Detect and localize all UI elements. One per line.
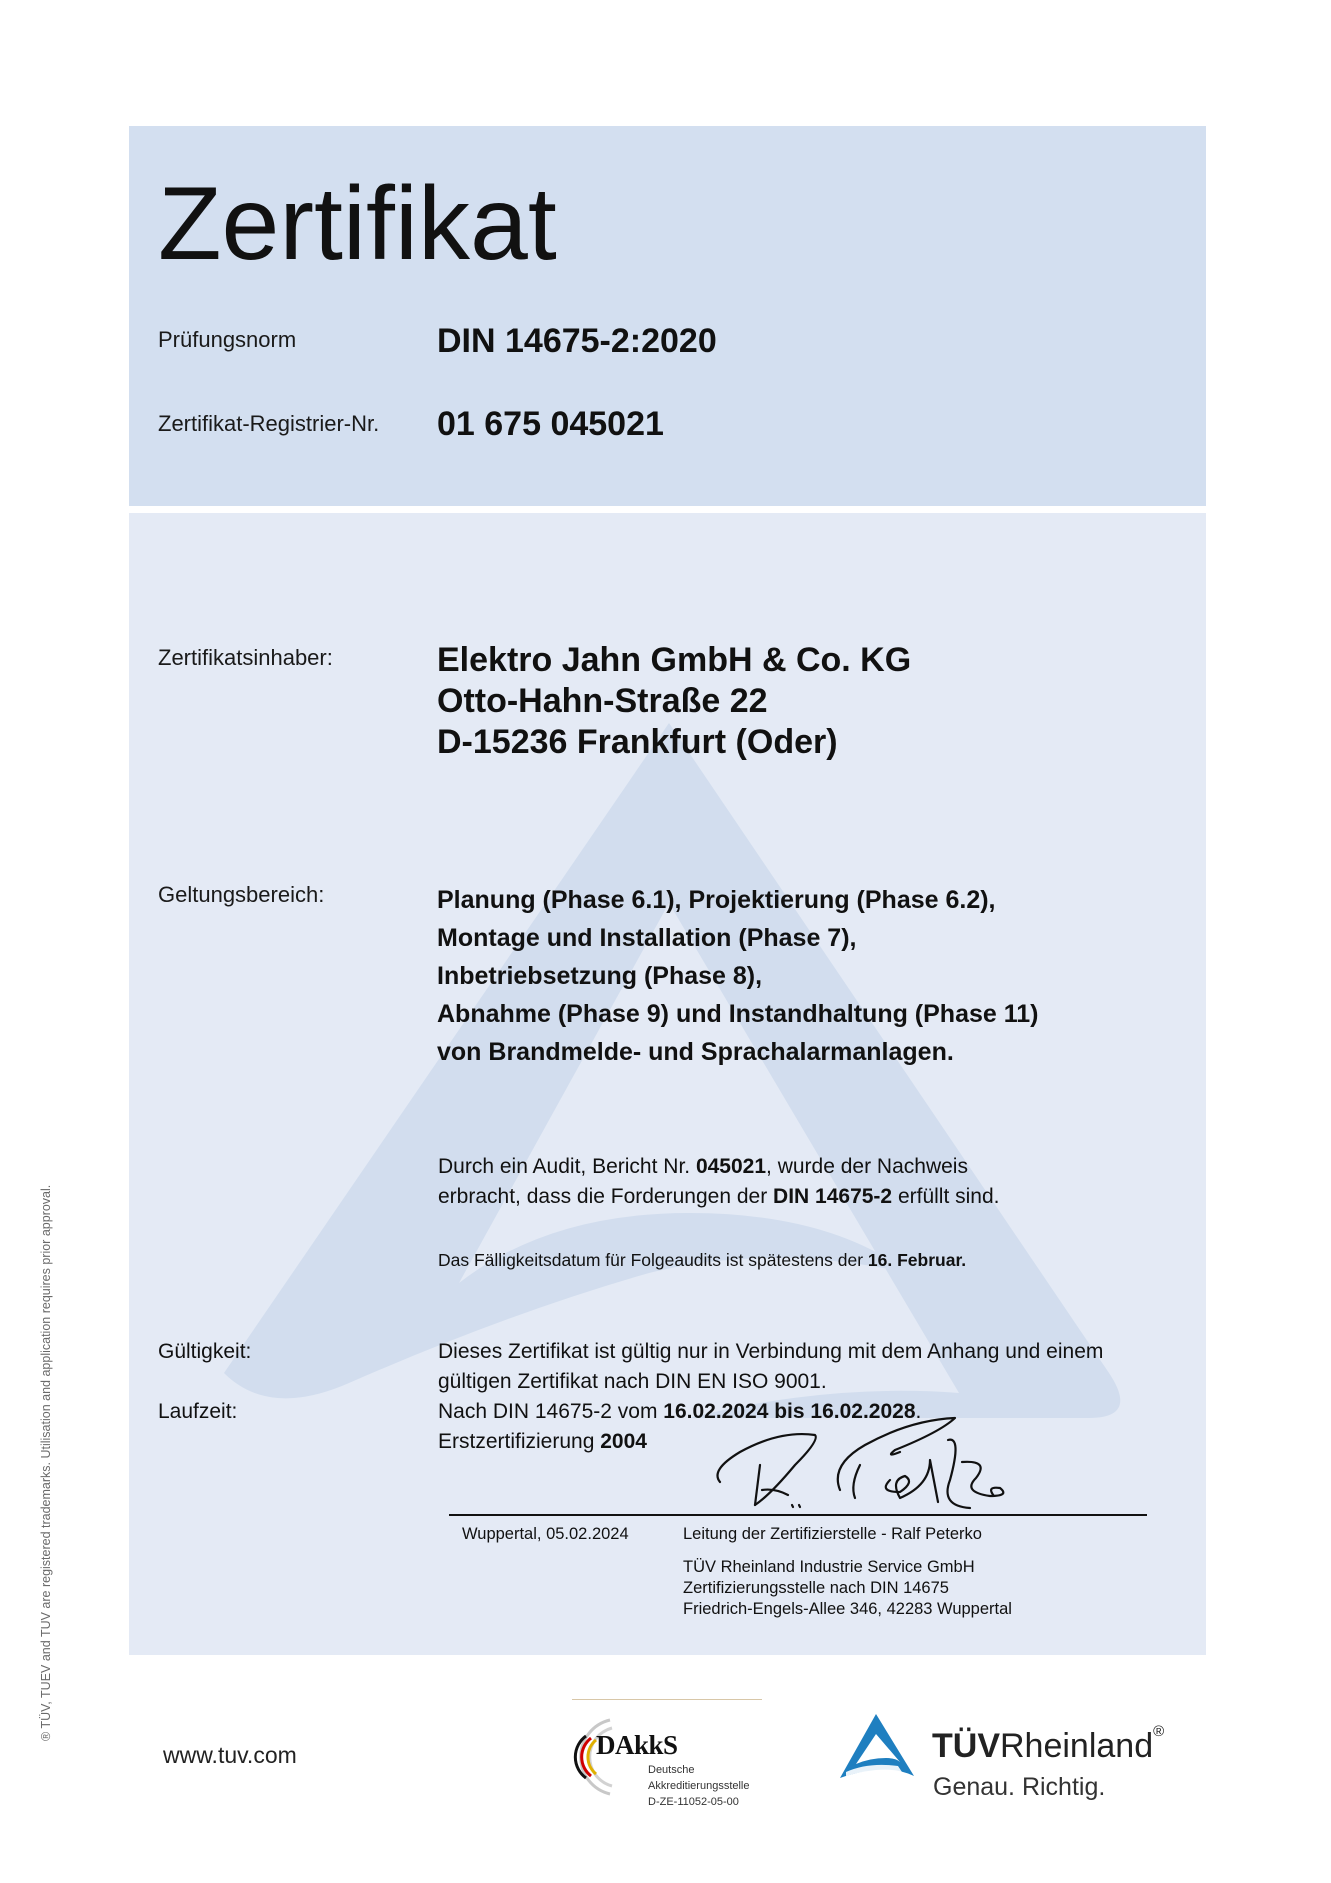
dakks-details: Deutsche Akkreditierungsstelle D-ZE-1105…	[648, 1762, 750, 1810]
validity-label: Gültigkeit:	[158, 1337, 251, 1367]
term-label: Laufzeit:	[158, 1397, 237, 1427]
audit-statement: Durch ein Audit, Bericht Nr. 045021, wur…	[438, 1152, 1000, 1212]
signer-name: Leitung der Zertifizierstelle - Ralf Pet…	[683, 1524, 982, 1545]
scope-line: Montage und Installation (Phase 7),	[437, 919, 1039, 957]
trademark-note: ® TÜV, TUEV and TUV are registered trade…	[39, 1185, 53, 1741]
audit-text: Durch ein Audit, Bericht Nr.	[438, 1155, 696, 1178]
scope-label: Geltungsbereich:	[158, 882, 324, 908]
scope-line: von Brandmelde- und Sprachalarmanlagen.	[437, 1033, 1039, 1071]
audit-text: , wurde der Nachweis	[766, 1155, 968, 1178]
registered-mark: ®	[1153, 1723, 1164, 1740]
validity-text: Dieses Zertifikat ist gültig nur in Verb…	[438, 1337, 1103, 1397]
page-title: Zertifikat	[158, 172, 557, 276]
audit-text: erfüllt sind.	[892, 1185, 999, 1208]
registration-label: Zertifikat-Registrier-Nr.	[158, 411, 379, 437]
dakks-logo-text: DAkkS	[596, 1730, 678, 1761]
tuv-triangle-logo-icon	[838, 1712, 916, 1780]
issuer-line: Zertifizierungsstelle nach DIN 14675	[683, 1578, 1012, 1599]
audit-text: erbracht, dass die Forderungen der	[438, 1185, 773, 1208]
signature-line	[449, 1514, 1147, 1516]
dakks-accreditation-number: D-ZE-11052-05-00	[648, 1794, 750, 1810]
due-date-statement: Das Fälligkeitsdatum für Folgeaudits ist…	[438, 1250, 966, 1271]
scope-block: Planung (Phase 6.1), Projektierung (Phas…	[437, 881, 1039, 1071]
validity-line: Dieses Zertifikat ist gültig nur in Verb…	[438, 1337, 1103, 1367]
issuer-line: Friedrich-Engels-Allee 346, 42283 Wupper…	[683, 1599, 1012, 1620]
scope-line: Planung (Phase 6.1), Projektierung (Phas…	[437, 881, 1039, 919]
due-date-value: 16. Februar.	[868, 1250, 966, 1270]
place-date: Wuppertal, 05.02.2024	[462, 1524, 629, 1545]
brand-regular: Rheinland	[1000, 1727, 1153, 1765]
validity-line: gültigen Zertifikat nach DIN EN ISO 9001…	[438, 1367, 1103, 1397]
audit-standard: DIN 14675-2	[773, 1185, 892, 1208]
holder-city: D-15236 Frankfurt (Oder)	[437, 722, 911, 763]
audit-report-number: 045021	[696, 1155, 766, 1178]
holder-label: Zertifikatsinhaber:	[158, 645, 333, 671]
registration-value: 01 675 045021	[437, 405, 664, 444]
first-cert-label: Erstzertifizierung	[438, 1430, 600, 1453]
issuer-line: TÜV Rheinland Industrie Service GmbH	[683, 1557, 1012, 1578]
dakks-divider	[572, 1699, 762, 1700]
holder-block: Elektro Jahn GmbH & Co. KG Otto-Hahn-Str…	[437, 640, 911, 763]
term-prefix: Nach DIN 14675-2 vom	[438, 1400, 663, 1423]
first-cert-year: 2004	[600, 1430, 647, 1453]
scope-line: Abnahme (Phase 9) und Instandhaltung (Ph…	[437, 995, 1039, 1033]
brand-slogan: Genau. Richtig.	[933, 1773, 1105, 1802]
standard-label: Prüfungsnorm	[158, 327, 296, 353]
scope-line: Inbetriebsetzung (Phase 8),	[437, 957, 1039, 995]
issuer-block: TÜV Rheinland Industrie Service GmbH Zer…	[683, 1557, 1012, 1620]
tuv-rheinland-wordmark: TÜVRheinland®	[932, 1727, 1164, 1766]
standard-value: DIN 14675-2:2020	[437, 322, 717, 361]
dakks-line: Deutsche	[648, 1762, 750, 1778]
signature-icon	[700, 1410, 1030, 1515]
dakks-line: Akkreditierungsstelle	[648, 1778, 750, 1794]
holder-street: Otto-Hahn-Straße 22	[437, 681, 911, 722]
brand-bold: TÜV	[932, 1727, 1000, 1765]
due-date-text: Das Fälligkeitsdatum für Folgeaudits ist…	[438, 1250, 868, 1270]
website-link[interactable]: www.tuv.com	[163, 1742, 297, 1769]
holder-company: Elektro Jahn GmbH & Co. KG	[437, 640, 911, 681]
